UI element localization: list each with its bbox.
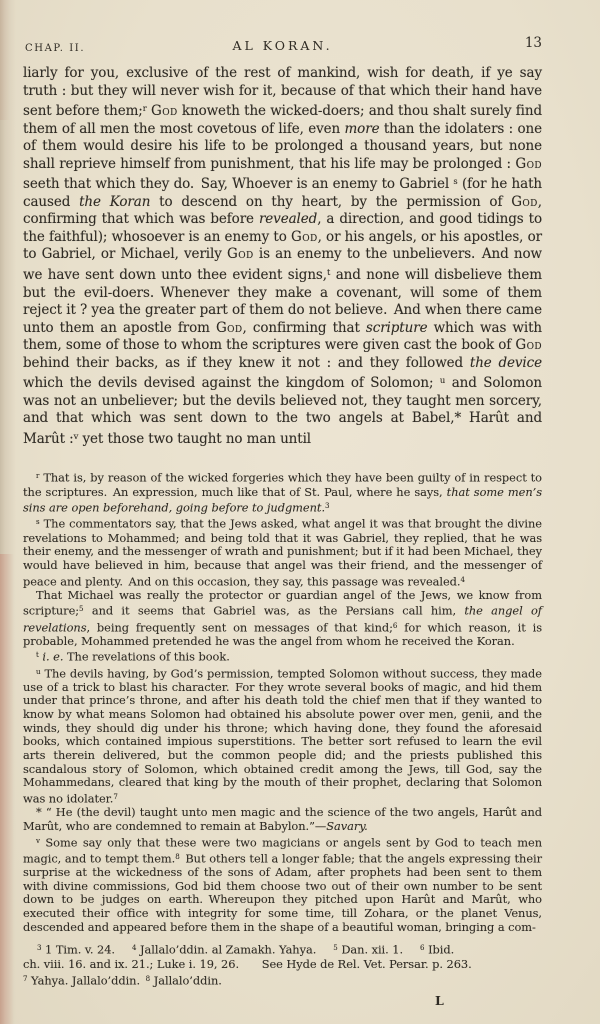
reference-line: ch. viii. 16. and ix. 21.; Luke i. 19, 2… bbox=[23, 958, 542, 972]
reference-line: 3 1 Tim. v. 24. 4 Jallalo’ddin. al Zamak… bbox=[23, 941, 542, 957]
text-run: God bbox=[151, 103, 178, 119]
body-paragraph: liarly for you, exclusive of the rest of… bbox=[23, 65, 542, 448]
note-marker: 3 bbox=[325, 501, 329, 510]
text-run: i. e. bbox=[42, 650, 63, 664]
page-gutter-tint bbox=[0, 554, 14, 1024]
text-run: to descend on thy heart, by the permissi… bbox=[150, 194, 511, 210]
text-run: , confirming that bbox=[243, 320, 366, 336]
text-run: Jallalo’ddin. bbox=[150, 973, 222, 987]
text-run: The devils having, by God’s permission, … bbox=[23, 666, 542, 805]
text-run: Ibid. bbox=[425, 943, 455, 957]
running-title: AL KORAN. bbox=[23, 38, 542, 53]
text-run: yet those two taught no man until bbox=[78, 431, 311, 447]
page-content: CHAP. II. AL KORAN. 13 liarly for you, e… bbox=[23, 38, 542, 1008]
text-run: * “ He (the devil) taught unto men magic… bbox=[23, 805, 542, 833]
text-run: Savary. bbox=[326, 819, 367, 833]
footnote-paragraph: t i. e. The revelations of this book. bbox=[23, 648, 542, 664]
text-run: The revelations of this book. bbox=[63, 650, 229, 664]
page-gutter-tint-top bbox=[0, 0, 10, 120]
footnote-paragraph: r That is, by reason of the wicked forge… bbox=[23, 469, 542, 515]
text-run: 1 Tim. v. 24. bbox=[41, 943, 132, 957]
main-text: liarly for you, exclusive of the rest of… bbox=[23, 65, 542, 448]
text-run: and it seems that Gabriel was, as the Pe… bbox=[84, 604, 465, 618]
page-number: 13 bbox=[525, 35, 542, 51]
note-marker: 4 bbox=[460, 575, 464, 584]
note-marker: 7 bbox=[113, 792, 117, 801]
footnotes-section: r That is, by reason of the wicked forge… bbox=[23, 469, 542, 934]
text-run: the device bbox=[470, 355, 542, 371]
book-page: CHAP. II. AL KORAN. 13 liarly for you, e… bbox=[0, 0, 600, 1024]
text-run: God bbox=[216, 320, 243, 336]
text-run: revealed bbox=[259, 211, 317, 227]
text-run: God bbox=[515, 156, 542, 172]
page-header: CHAP. II. AL KORAN. 13 bbox=[23, 38, 542, 56]
text-run: more bbox=[344, 121, 379, 137]
text-run: seeth that which they do. Say, Whoever i… bbox=[23, 176, 453, 192]
text-run: scripture bbox=[366, 320, 428, 336]
text-run: Yahya. Jallalo’ddin. bbox=[27, 973, 145, 987]
reference-line: 7 Yahya. Jallalo’ddin. 8 Jallalo’ddin. bbox=[23, 972, 542, 988]
text-run: , being frequently sent on messages of t… bbox=[87, 620, 393, 634]
footnote-paragraph: u The devils having, by God’s permission… bbox=[23, 665, 542, 807]
text-run: God bbox=[291, 229, 318, 245]
footnote-paragraph: * “ He (the devil) taught unto men magic… bbox=[23, 806, 542, 833]
text-run: Jallalo’ddin. al Zamakh. Yahya. bbox=[136, 943, 333, 957]
footnote-paragraph: v Some say only that these were two magi… bbox=[23, 834, 542, 935]
footnote-paragraph: s The commentators say, that the Jews as… bbox=[23, 515, 542, 588]
text-run: ch. viii. 16. and ix. 21.; Luke i. 19, 2… bbox=[23, 957, 472, 971]
text-run: which the devils devised against the kin… bbox=[23, 375, 440, 391]
text-run: God bbox=[511, 194, 538, 210]
footnote-paragraph: That Michael was really the protector or… bbox=[23, 589, 542, 649]
references-section: 3 1 Tim. v. 24. 4 Jallalo’ddin. al Zamak… bbox=[23, 941, 542, 988]
text-run: God bbox=[515, 337, 542, 353]
text-run: the Koran bbox=[79, 194, 150, 210]
text-run: God bbox=[227, 246, 254, 262]
text-run: behind their backs, as if they knew it n… bbox=[23, 355, 470, 371]
signature-mark: L bbox=[435, 993, 542, 1008]
text-run: Dan. xii. 1. bbox=[338, 943, 420, 957]
